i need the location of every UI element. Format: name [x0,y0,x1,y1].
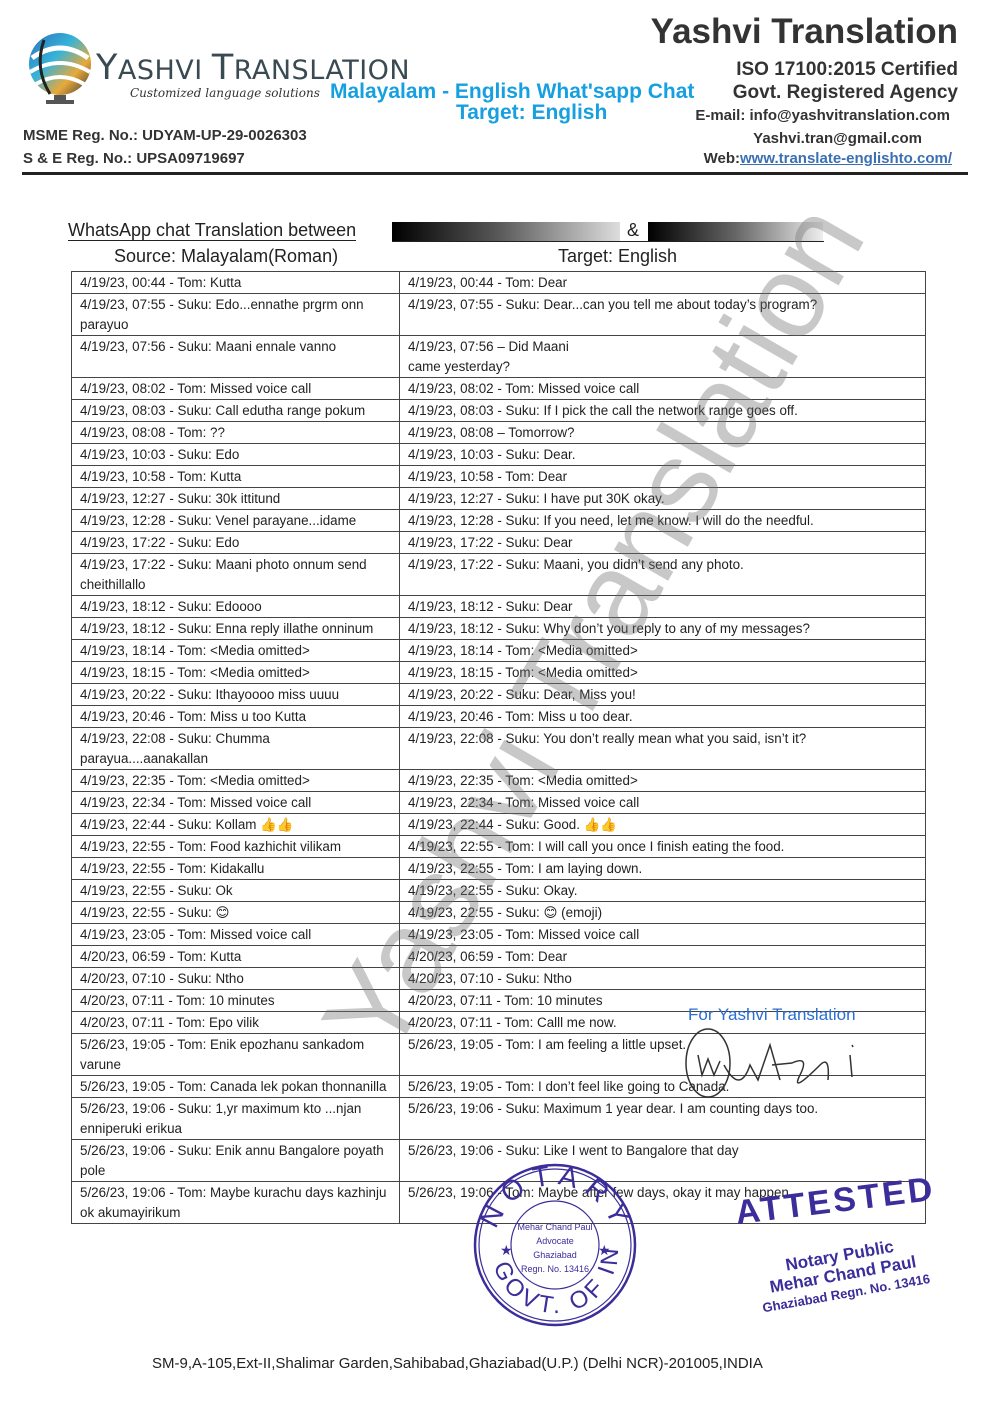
target-cell: 4/20/23, 07:10 - Suku: Ntho [400,968,926,990]
source-cell: 4/19/23, 20:46 - Tom: Miss u too Kutta [72,706,400,728]
svg-text:Advocate: Advocate [536,1236,574,1246]
source-cell: 4/20/23, 07:11 - Tom: 10 minutes [72,990,400,1012]
target-cell: 4/19/23, 00:44 - Tom: Dear [400,272,926,294]
table-row: 4/19/23, 07:56 - Suku: Maani ennale vann… [72,336,926,378]
target-cell: 4/19/23, 22:55 - Suku: Okay. [400,880,926,902]
source-cell: 4/19/23, 22:55 - Tom: Kidakallu [72,858,400,880]
target-cell: 4/19/23, 12:27 - Suku: I have put 30K ok… [400,488,926,510]
source-cell: 4/19/23, 18:15 - Tom: <Media omitted> [72,662,400,684]
table-row: 4/19/23, 22:44 - Suku: Kollam 👍👍4/19/23,… [72,814,926,836]
se-registration: S & E Reg. No.: UPSA09719697 [23,150,245,167]
svg-text:Regn. No. 13416: Regn. No. 13416 [521,1264,589,1274]
target-column-heading: Target: English [558,246,677,267]
table-row: 4/19/23, 22:55 - Tom: Food kazhichit vil… [72,836,926,858]
email-primary: E-mail: info@yashvitranslation.com [695,107,950,124]
table-row: 4/19/23, 20:46 - Tom: Miss u too Kutta4/… [72,706,926,728]
header-divider [22,172,968,175]
target-cell: 4/19/23, 20:46 - Tom: Miss u too dear. [400,706,926,728]
svg-text:★: ★ [500,1242,513,1258]
email-secondary: Yashvi.tran@gmail.com [753,130,922,147]
source-cell: 4/19/23, 10:58 - Tom: Kutta [72,466,400,488]
table-row: 4/19/23, 18:12 - Suku: Edoooo4/19/23, 18… [72,596,926,618]
table-row: 4/19/23, 07:55 - Suku: Edo...ennathe prg… [72,294,926,336]
source-cell: 5/26/23, 19:06 - Suku: Enik annu Bangalo… [72,1140,400,1182]
target-cell: 4/19/23, 17:22 - Suku: Dear [400,532,926,554]
tagline: Customized language solutions [130,86,320,100]
source-cell: 4/19/23, 17:22 - Suku: Edo [72,532,400,554]
footer-address: SM-9,A-105,Ext-II,Shalimar Garden,Sahiba… [152,1355,763,1372]
source-cell: 4/19/23, 18:12 - Suku: Edoooo [72,596,400,618]
svg-text:★: ★ [598,1242,611,1258]
govt-registration: Govt. Registered Agency [733,82,958,104]
redacted-name-2 [648,222,823,241]
source-column-heading: Source: Malayalam(Roman) [114,246,338,267]
target-cell: 4/19/23, 18:15 - Tom: <Media omitted> [400,662,926,684]
table-row: 4/19/23, 22:55 - Suku: 😊4/19/23, 22:55 -… [72,902,926,924]
target-cell: 4/19/23, 22:44 - Suku: Good. 👍👍 [400,814,926,836]
table-row: 4/19/23, 12:28 - Suku: Venel parayane...… [72,510,926,532]
target-cell: 4/19/23, 22:55 - Tom: I will call you on… [400,836,926,858]
source-cell: 5/26/23, 19:05 - Tom: Canada lek pokan t… [72,1076,400,1098]
table-row: 4/19/23, 00:44 - Tom: Kutta4/19/23, 00:4… [72,272,926,294]
source-cell: 4/19/23, 07:56 - Suku: Maani ennale vann… [72,336,400,378]
target-cell: 4/19/23, 18:14 - Tom: <Media omitted> [400,640,926,662]
ampersand: & [627,220,639,241]
brand-cap-y: Y [96,48,118,88]
source-cell: 4/20/23, 07:11 - Tom: Epo vilik [72,1012,400,1034]
web-label: Web: [704,150,740,167]
svg-text:Ghaziabad: Ghaziabad [533,1250,577,1260]
table-row: 4/20/23, 07:10 - Suku: Ntho4/20/23, 07:1… [72,968,926,990]
msme-registration: MSME Reg. No.: UDYAM-UP-29-0026303 [23,127,307,144]
target-cell: 4/19/23, 17:22 - Suku: Maani, you didn’t… [400,554,926,596]
source-cell: 4/19/23, 22:08 - Suku: Chumma parayua...… [72,728,400,770]
section-title-underline [392,241,824,242]
section-title: WhatsApp chat Translation between [68,220,356,241]
redacted-name-1 [392,222,620,241]
target-cell: 4/19/23, 22:55 - Suku: 😊 (emoji) [400,902,926,924]
table-row: 4/19/23, 08:03 - Suku: Call edutha range… [72,400,926,422]
globe-logo-icon [24,28,96,108]
source-cell: 4/19/23, 18:12 - Suku: Enna reply illath… [72,618,400,640]
table-row: 4/19/23, 18:12 - Suku: Enna reply illath… [72,618,926,640]
source-cell: 5/26/23, 19:06 - Suku: 1,yr maximum kto … [72,1098,400,1140]
iso-certification: ISO 17100:2015 Certified [736,59,958,81]
source-cell: 4/19/23, 08:02 - Tom: Missed voice call [72,378,400,400]
source-cell: 4/19/23, 20:22 - Suku: Ithayoooo miss uu… [72,684,400,706]
source-cell: 4/19/23, 22:35 - Tom: <Media omitted> [72,770,400,792]
table-row: 4/19/23, 23:05 - Tom: Missed voice call4… [72,924,926,946]
target-cell: 4/19/23, 07:56 – Did Maani came yesterda… [400,336,926,378]
target-cell: 4/19/23, 22:55 - Tom: I am laying down. [400,858,926,880]
target-cell: 4/19/23, 10:03 - Suku: Dear. [400,444,926,466]
svg-text:Mehar Chand Paul: Mehar Chand Paul [517,1222,592,1232]
source-cell: 4/19/23, 00:44 - Tom: Kutta [72,272,400,294]
table-row: 4/19/23, 22:34 - Tom: Missed voice call4… [72,792,926,814]
source-cell: 4/19/23, 22:55 - Suku: 😊 [72,902,400,924]
table-row: 4/19/23, 18:15 - Tom: <Media omitted>4/1… [72,662,926,684]
source-cell: 4/19/23, 22:44 - Suku: Kollam 👍👍 [72,814,400,836]
target-cell: 4/19/23, 18:12 - Suku: Why don’t you rep… [400,618,926,640]
notary-public-stamp: Notary Public Mehar Chand Paul Ghaziabad… [754,1232,931,1318]
website: Web:www.translate-englishto.com/ [704,150,952,167]
source-cell: 4/19/23, 22:34 - Tom: Missed voice call [72,792,400,814]
source-cell: 5/26/23, 19:05 - Tom: Enik epozhanu sank… [72,1034,400,1076]
source-cell: 4/19/23, 07:55 - Suku: Edo...ennathe prg… [72,294,400,336]
signature-label: For Yashvi Translation [688,1005,856,1025]
source-cell: 4/19/23, 17:22 - Suku: Maani photo onnum… [72,554,400,596]
target-cell: 4/19/23, 10:58 - Tom: Dear [400,466,926,488]
target-cell: 4/19/23, 07:55 - Suku: Dear...can you te… [400,294,926,336]
target-cell: 4/19/23, 20:22 - Suku: Dear, Miss you! [400,684,926,706]
target-cell: 4/19/23, 23:05 - Tom: Missed voice call [400,924,926,946]
website-link[interactable]: www.translate-englishto.com/ [740,150,952,167]
signature-scribble-icon [680,1025,920,1100]
table-row: 4/19/23, 17:22 - Suku: Edo4/19/23, 17:22… [72,532,926,554]
target-cell: 4/19/23, 08:03 - Suku: If I pick the cal… [400,400,926,422]
table-row: 4/19/23, 08:02 - Tom: Missed voice call4… [72,378,926,400]
source-cell: 4/19/23, 18:14 - Tom: <Media omitted> [72,640,400,662]
table-row: 4/19/23, 12:27 - Suku: 30k ittitund4/19/… [72,488,926,510]
section-title-text: WhatsApp chat Translation between [68,220,356,241]
target-cell: 4/19/23, 22:35 - Tom: <Media omitted> [400,770,926,792]
table-row: 4/19/23, 10:03 - Suku: Edo4/19/23, 10:03… [72,444,926,466]
document-target-language: Target: English [456,101,607,125]
target-cell: 4/19/23, 08:08 – Tomorrow? [400,422,926,444]
target-cell: 4/19/23, 18:12 - Suku: Dear [400,596,926,618]
target-cell: 5/26/23, 19:06 - Suku: Maximum 1 year de… [400,1098,926,1140]
table-row: 4/20/23, 06:59 - Tom: Kutta4/20/23, 06:5… [72,946,926,968]
table-row: 4/19/23, 22:55 - Suku: Ok4/19/23, 22:55 … [72,880,926,902]
source-cell: 4/19/23, 12:28 - Suku: Venel parayane...… [72,510,400,532]
table-row: 4/19/23, 17:22 - Suku: Maani photo onnum… [72,554,926,596]
table-row: 4/19/23, 20:22 - Suku: Ithayoooo miss uu… [72,684,926,706]
source-cell: 4/19/23, 22:55 - Suku: Ok [72,880,400,902]
source-cell: 4/19/23, 08:08 - Tom: ?? [72,422,400,444]
source-cell: 4/20/23, 06:59 - Tom: Kutta [72,946,400,968]
table-row: 4/19/23, 18:14 - Tom: <Media omitted>4/1… [72,640,926,662]
source-cell: 5/26/23, 19:06 - Tom: Maybe kurachu days… [72,1182,400,1224]
source-cell: 4/20/23, 07:10 - Suku: Ntho [72,968,400,990]
target-cell: 4/19/23, 12:28 - Suku: If you need, let … [400,510,926,532]
notary-seal-icon: NOTARY GOVT. OF INDIA Mehar Chand Paul A… [470,1160,640,1330]
source-cell: 4/19/23, 12:27 - Suku: 30k ittitund [72,488,400,510]
company-name: Yashvi Translation [651,12,958,52]
table-row: 4/19/23, 22:35 - Tom: <Media omitted>4/1… [72,770,926,792]
target-cell: 4/19/23, 22:08 - Suku: You don’t really … [400,728,926,770]
source-cell: 4/19/23, 22:55 - Tom: Food kazhichit vil… [72,836,400,858]
target-cell: 4/20/23, 06:59 - Tom: Dear [400,946,926,968]
target-cell: 4/19/23, 22:34 - Tom: Missed voice call [400,792,926,814]
source-cell: 4/19/23, 08:03 - Suku: Call edutha range… [72,400,400,422]
brand-rest-1: ASHVI [118,55,212,86]
table-row: 4/19/23, 22:55 - Tom: Kidakallu4/19/23, … [72,858,926,880]
table-row: 5/26/23, 19:06 - Suku: 1,yr maximum kto … [72,1098,926,1140]
brand-cap-t: T [212,48,234,88]
source-cell: 4/19/23, 23:05 - Tom: Missed voice call [72,924,400,946]
source-cell: 4/19/23, 10:03 - Suku: Edo [72,444,400,466]
table-row: 4/19/23, 10:58 - Tom: Kutta4/19/23, 10:5… [72,466,926,488]
table-row: 4/19/23, 22:08 - Suku: Chumma parayua...… [72,728,926,770]
table-row: 4/19/23, 08:08 - Tom: ??4/19/23, 08:08 –… [72,422,926,444]
target-cell: 4/19/23, 08:02 - Tom: Missed voice call [400,378,926,400]
